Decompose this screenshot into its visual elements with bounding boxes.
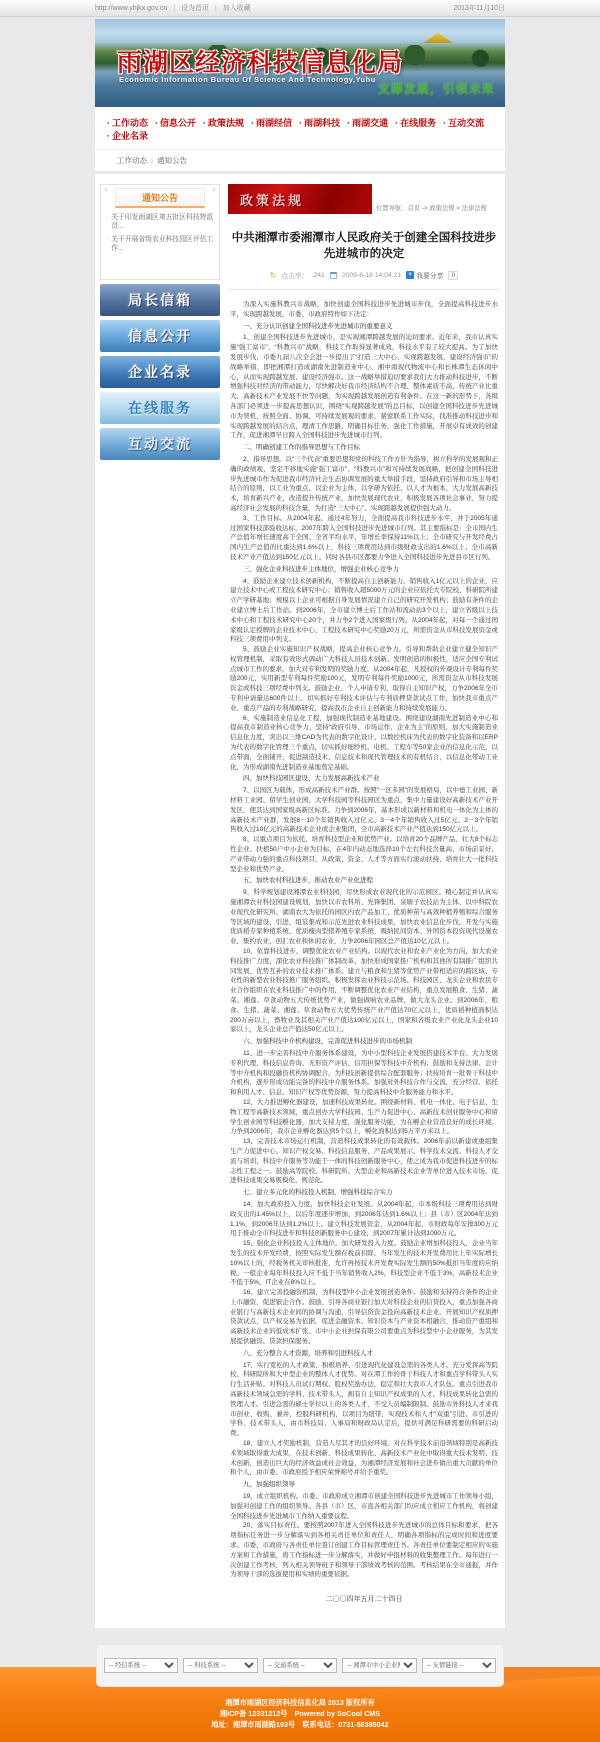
article-paragraph: 15、强化企业科技投入主体地位，加大研发投入力度。鼓励企业增加科技投入，企业当年… (230, 1239, 498, 1288)
site-title-english: Economic Information Bureau Of Science A… (119, 75, 376, 84)
content-area: + + 通知公告 ·关于印发雨湖区第五批区科技特派员...·关于开展省级农业科技… (95, 174, 505, 1628)
divider: | (215, 5, 217, 12)
article-heading: 七、建立多元化的科技投入机制，增强科技综合实力 (230, 1188, 498, 1198)
article-paragraph: 6、实施制造业信息化工程，加强现代制造业基地建设。围绕建设湖南先进制造业中心和提… (230, 714, 498, 773)
set-home-link[interactable]: 设为首页 (181, 5, 209, 12)
article-paragraph: 16、建立完善投融资机制，为科技型中小企业发展创造条件。鼓励和支持符合条件的企业… (230, 1288, 498, 1347)
sub-nav: 工作动态|通知公告 (95, 149, 505, 174)
breadcrumb[interactable]: 位置导航：首页 -> 政策法规 > 法律法规 (372, 203, 500, 214)
subnav-item-1[interactable]: 通知公告 (157, 156, 187, 165)
article-paragraph: 9、科学规划建设湘潭农业科技园，尽快形成农业现代化的示范园区。精心制定并认真实施… (230, 888, 498, 947)
nav-item-8[interactable]: 企业名录 (107, 131, 148, 141)
article-meta: ↻ 点击率： 241 2009-6-18 14:04:21 + 我要分享 0 (228, 270, 500, 290)
article-heading: 五、加快农村科技进步，推动农业产业化进程 (230, 876, 498, 886)
subnav-item-0[interactable]: 工作动态 (117, 156, 147, 165)
share-button[interactable]: + 我要分享 (406, 270, 443, 280)
share-icon: + (406, 271, 414, 279)
notice-link[interactable]: ·关于印发雨湖区第五批区科技特派员... (106, 213, 214, 231)
nav-item-1[interactable]: 信息公开 (155, 118, 196, 128)
section-header: 政策法规 位置导航：首页 -> 政策法规 > 法律法规 (228, 184, 500, 214)
article-paragraph: 10、依靠科技进步，调整优化农业产业结构。以现代农业和农业产业化为方向，加大农业… (230, 947, 498, 1035)
corner-mark: + (104, 187, 108, 194)
nav-item-3[interactable]: 雨湖经信 (251, 118, 292, 128)
article-heading: 六、加强科技中介机构建设，完善促进科技进步的市场机制 (230, 1037, 498, 1047)
notice-link-text: 关于印发雨湖区第五批区科技特派员... (111, 213, 214, 231)
top-bar: http://www.yhjkx.gov.cn | 设为首页 | 加入收藏 20… (0, 0, 600, 17)
footer-icp: 湘ICP备 12331212号 Powered by SoCool CMS (0, 1708, 600, 1719)
article-paragraph: 19、成立组织机构。市委、市政府成立湘潭市创建全国科技进步先进城市工作领导小组，… (230, 1492, 498, 1521)
notice-panel: + + 通知公告 ·关于印发雨湖区第五批区科技特派员...·关于开展省级农业科技… (100, 184, 220, 280)
sidebar-banner-3[interactable]: 在线服务 (100, 392, 220, 424)
article-paragraph: 为深入实施科教兴市战略，加快创建全国科技进步先进城市步伐，全面提高科技进步水平，… (230, 300, 498, 320)
footer-select-1[interactable]: -- 科技系统 -- (183, 1658, 257, 1673)
article-paragraph: 7、以园区为载体，形成高新技术产业群。按照“一区多园”的发展格局，以中德工业园、… (230, 786, 498, 835)
article-paragraph: 20、落实目标责任。要按照2007年进入全国科技进步先进城市的总体目标和要求，把… (230, 1521, 498, 1580)
site-slogan: 支撑发展，引领未来 (378, 80, 495, 97)
notice-link[interactable]: ·关于开展省级农业科技园区评估工作... (106, 235, 214, 253)
nav-item-2[interactable]: 政策法规 (203, 118, 244, 128)
nav-item-4[interactable]: 雨湖科技 (299, 118, 340, 128)
article-heading: 八、充分整合人才资源，培养和引进科技人才 (230, 1349, 498, 1359)
footer-link-selects: -- 经信系统 ---- 科技系统 ---- 交通系统 ---- 湘潭市中小企业… (96, 1644, 504, 1687)
nav-item-0[interactable]: 工作动态 (107, 118, 148, 128)
article-title: 中共湘潭市委湘潭市人民政府关于创建全国科技进步先进城市的决定 (230, 229, 498, 261)
main-column: 政策法规 位置导航：首页 -> 政策法规 > 法律法规 中共湘潭市委湘潭市人民政… (228, 184, 500, 1610)
article-paragraph: 17、实行宽松的人才政策，积极培养、引进现代化建设急需的各类人才。充分发挥高等院… (230, 1361, 498, 1439)
notice-panel-title: 通知公告 (115, 188, 205, 208)
article-sign-date: 二〇〇四年五月二十四日 (228, 1594, 500, 1604)
hits-icon: ↻ (270, 271, 277, 280)
article-paragraph: 3、工作目标。从2004年起，通过4年努力，全面提高我市科技进步水平，并于200… (230, 514, 498, 563)
section-title: 政策法规 (240, 190, 304, 209)
share-label: 我要分享 (416, 270, 443, 280)
hits-count: 241 (314, 272, 325, 279)
hits-label: 点击率： (281, 270, 308, 280)
divider: | (173, 5, 175, 12)
footer-address: 地址：湘潭市雨湖路193号 联系电话：0731-58385042 (0, 1719, 600, 1730)
footer-select-2[interactable]: -- 交通系统 -- (263, 1658, 337, 1673)
article-heading: 四、加快科技园区建设，大力发展高新技术产业 (230, 774, 498, 784)
site-banner: 雨湖区经济科技信息化局 Economic Information Bureau … (95, 19, 505, 107)
notice-list: ·关于印发雨湖区第五批区科技特派员...·关于开展省级农业科技园区评估工作... (106, 213, 214, 253)
footer-copyright: 湘潭市雨湖区经济科技信息化局 2013 版权所有 (0, 1697, 600, 1708)
article-paragraph: 11、进一步完善科技中介服务体系建设，为中小型科技企业发展搭建技术平台。大力发展… (230, 1049, 498, 1098)
footer-select-3[interactable]: -- 湘潭市中小企业网 -- (342, 1658, 416, 1673)
article-paragraph: 1、创建全国科技进步先进城市，是实现湘潭跨越发展的迫切要求。近年来，我市认真实施… (230, 333, 498, 441)
section-banner: 政策法规 (228, 184, 372, 214)
article-paragraph: 2、指导思想。以“三个代表”重要思想和党的科技工作方针为指导，树立科学的发展观和… (230, 455, 498, 514)
article-paragraph: 13、完善技术市场运行机制，营造科技成果转化的有效载体。2006年前以新建或重组… (230, 1137, 498, 1186)
article-paragraph: 12、大力推进孵化器建设，加速科技成果转化。围绕新材料、机电一体化、电子信息、生… (230, 1098, 498, 1137)
topbar-left: http://www.yhjkx.gov.cn | 设为首页 | 加入收藏 (95, 3, 251, 13)
add-favorite-link[interactable]: 加入收藏 (223, 5, 251, 12)
article-paragraph: 18、建立人才奖励机制，营造人尽其才的良好环境。对在科学技术前沿领域特别是高新技… (230, 1439, 498, 1478)
footer-select-0[interactable]: -- 经信系统 -- (104, 1658, 178, 1673)
pavilion-graphic (423, 33, 453, 43)
sidebar-banner-links: 局长信箱信息公开企业名录在线服务互动交流 (100, 284, 220, 460)
article-heading: 三、强化企业科技进步主体地位，增强企业核心竞争力 (230, 565, 498, 575)
article-datetime: 2009-6-18 14:04:21 (342, 272, 401, 279)
bullet-icon: · (106, 213, 108, 231)
sidebar-banner-0[interactable]: 局长信箱 (100, 284, 220, 316)
notice-link-text: 关于开展省级农业科技园区评估工作... (111, 235, 214, 253)
article-heading: 九、加强组织领导 (230, 1480, 498, 1490)
current-date: 2013年11月10日 (453, 3, 505, 13)
nav-item-6[interactable]: 在线服务 (395, 118, 436, 128)
article-paragraph: 5、鼓励企业实施知识产权战略，提高企业核心竞争力。引导和帮助企业建立健全知识产权… (230, 645, 498, 714)
share-count: 0 (448, 271, 458, 280)
article-heading: 一、充分认识创建全国科技进步先进城市的重要意义 (230, 322, 498, 332)
bullet-icon: · (106, 235, 108, 253)
article-paragraph: 14、加大政府投入力度，加快科技企业发展。从2004年起，市本级科技三项费用达到… (230, 1200, 498, 1239)
nav-item-5[interactable]: 雨湖交通 (347, 118, 388, 128)
calendar-icon (330, 272, 337, 279)
site-title: 雨湖区经济科技信息化局 (117, 43, 403, 79)
divider: | (151, 156, 153, 165)
article-paragraph: 4、鼓励企业建立技术创新机构，不断提高自主创新能力。销售收入1亿元以上的企业，应… (230, 577, 498, 646)
main-nav: 工作动态信息公开政策法规雨湖经信雨湖科技雨湖交通在线服务互动交流企业名录 (95, 107, 505, 149)
footer-select-4[interactable]: -- 友情链接 -- (422, 1658, 496, 1673)
site-url-link[interactable]: http://www.yhjkx.gov.cn (95, 5, 167, 12)
sidebar-banner-1[interactable]: 信息公开 (100, 320, 220, 352)
sidebar-banner-2[interactable]: 企业名录 (100, 356, 220, 388)
nav-item-7[interactable]: 互动交流 (443, 118, 484, 128)
article-body: 为深入实施科教兴市战略，加快创建全国科技进步先进城市步伐，全面提高科技进步水平，… (228, 300, 500, 1580)
sidebar-banner-4[interactable]: 互动交流 (100, 428, 220, 460)
left-sidebar: + + 通知公告 ·关于印发雨湖区第五批区科技特派员...·关于开展省级农业科技… (100, 184, 220, 1610)
article-paragraph: 8、以重点项目为依托，培育科技型企业和优势产业。以培育20个品牌产品、壮大8个标… (230, 835, 498, 874)
corner-mark: + (212, 187, 216, 194)
article-heading: 二、明确创建工作的指导思想与工作目标 (230, 443, 498, 453)
